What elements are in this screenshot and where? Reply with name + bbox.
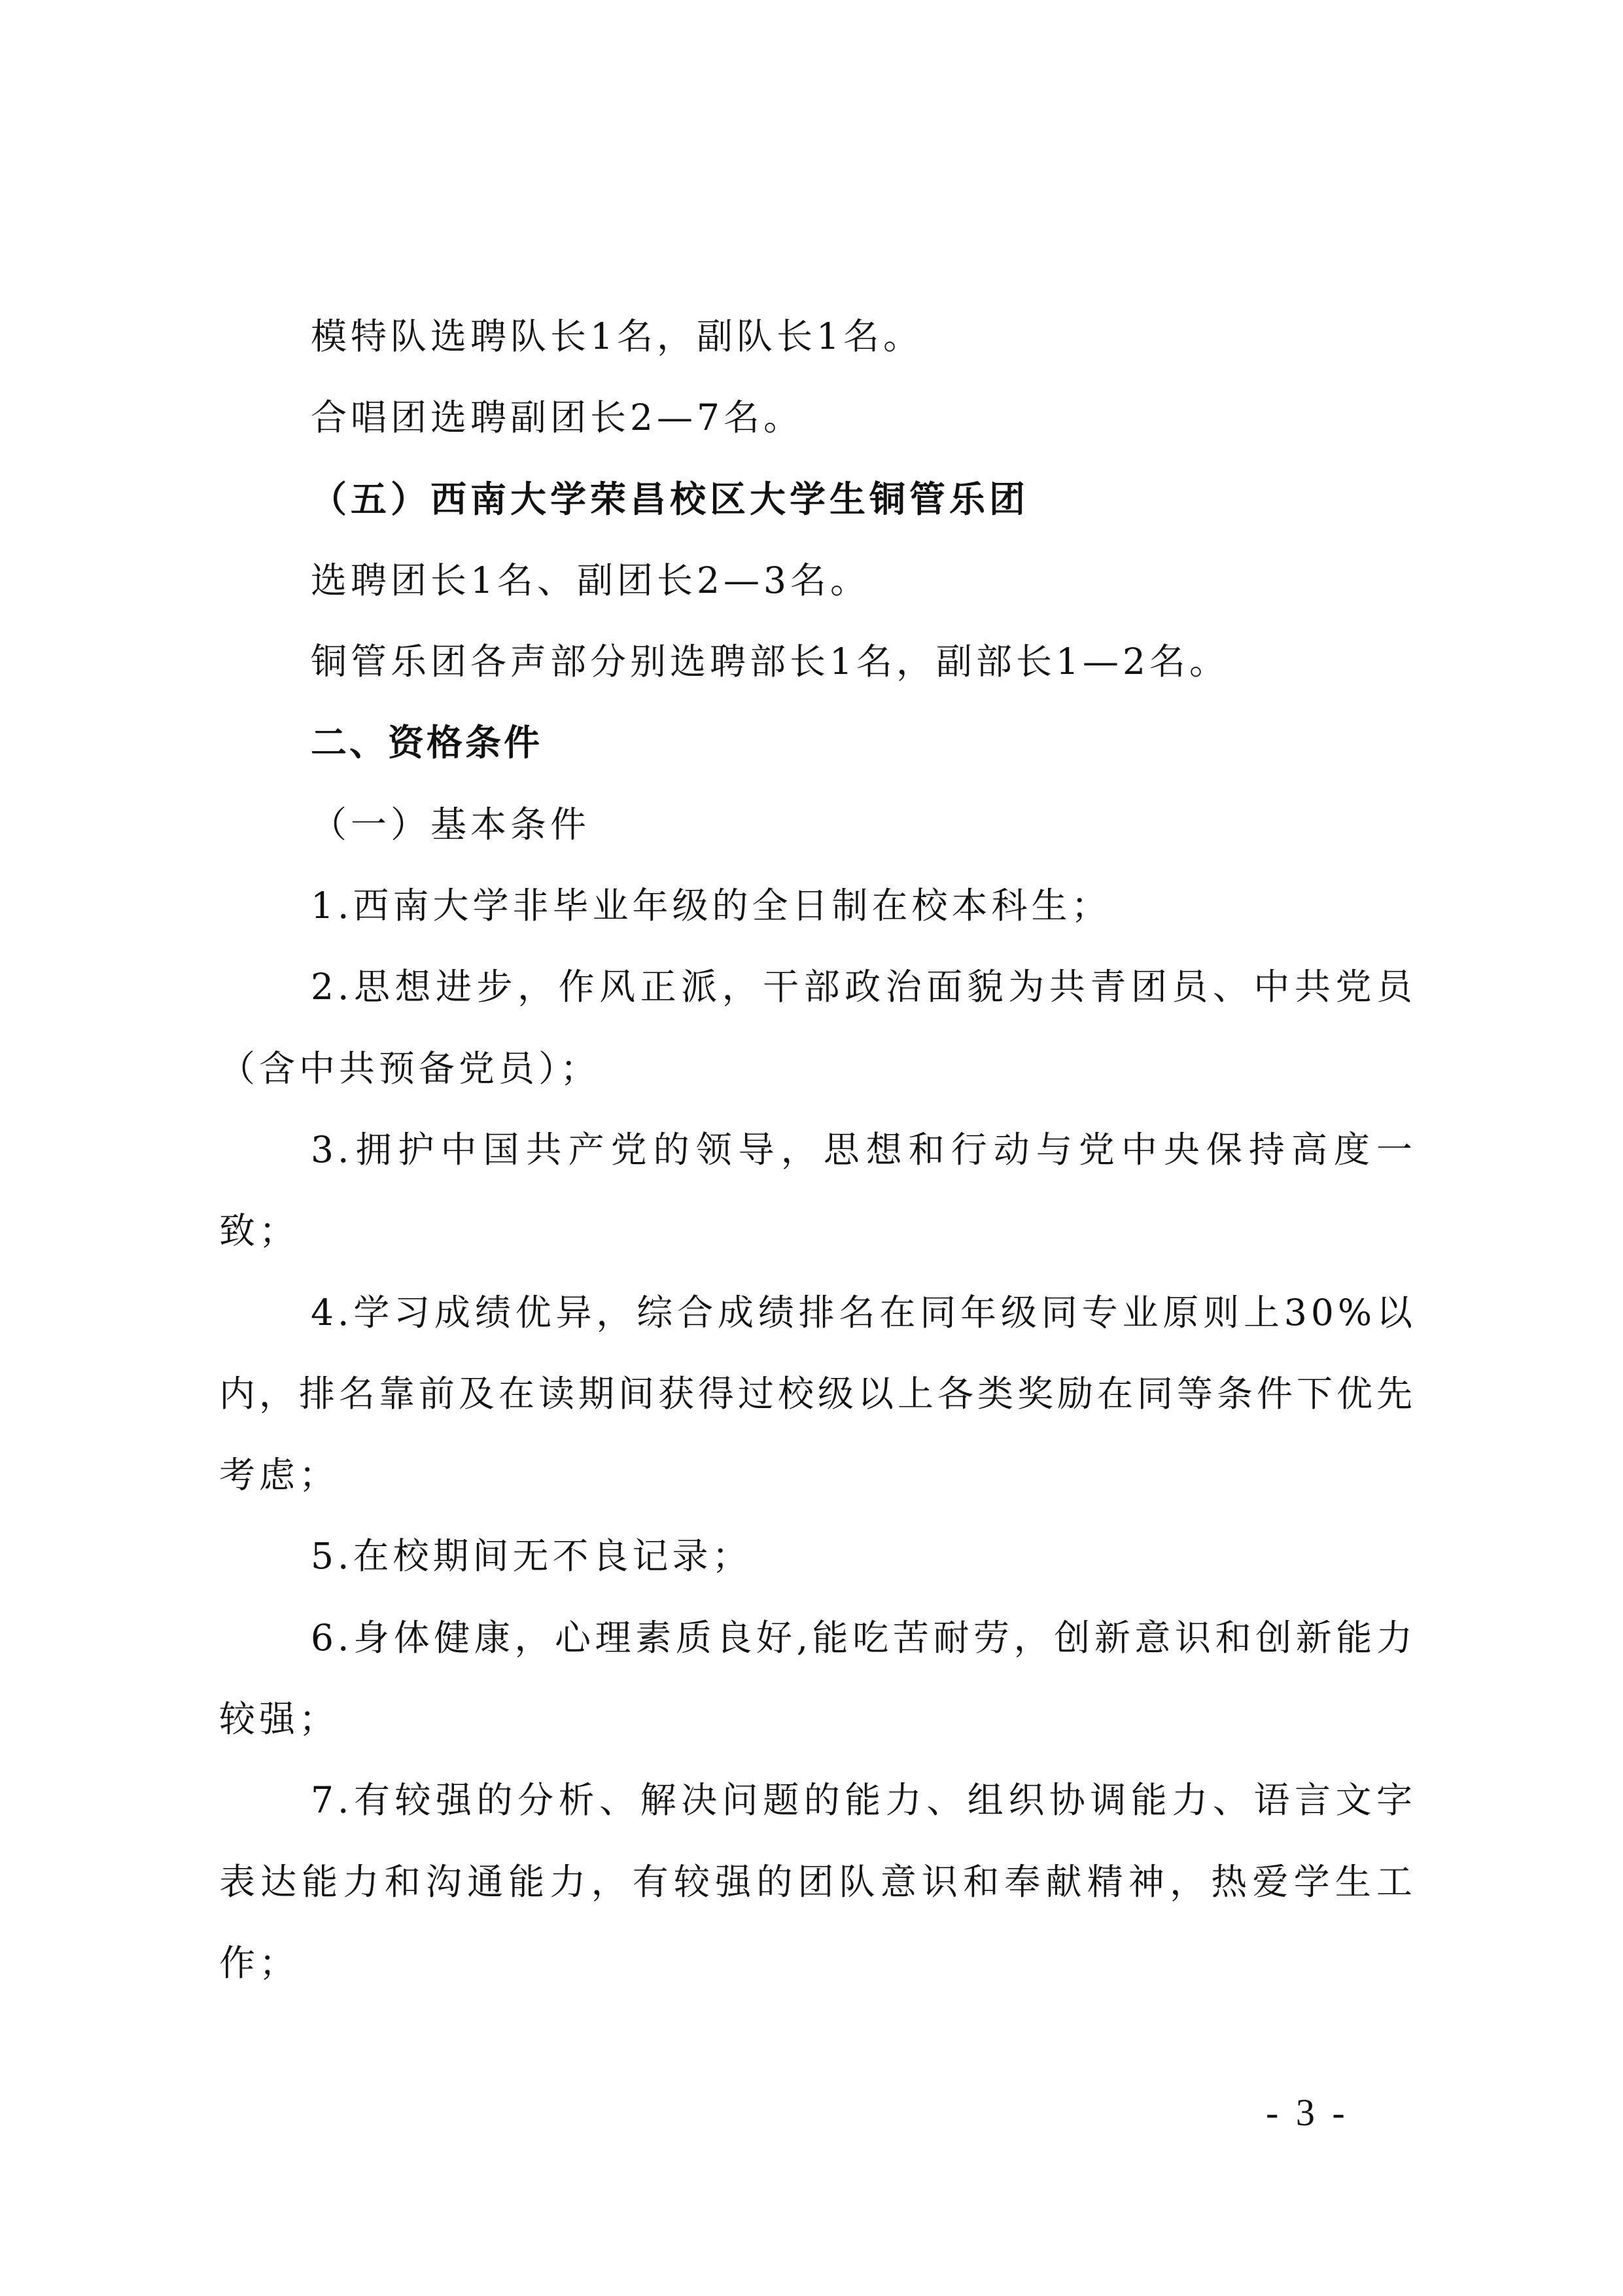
document-page: 模特队选聘队长1名，副队长1名。 合唱团选聘副团长2—7名。 （五）西南大学荣昌…: [0, 0, 1623, 2296]
condition-item-1: 1.西南大学非毕业年级的全日制在校本科生；: [219, 865, 1416, 946]
condition-item-7: 7.有较强的分析、解决问题的能力、组织协调能力、语言文字表达能力和沟通能力，有较…: [219, 1759, 1416, 2004]
condition-item-3: 3.拥护中国共产党的领导，思想和行动与党中央保持高度一致；: [219, 1109, 1416, 1272]
page-number: - 3 -: [1266, 2091, 1349, 2134]
document-body: 模特队选聘队长1名，副队长1名。 合唱团选聘副团长2—7名。 （五）西南大学荣昌…: [219, 296, 1416, 2004]
section-heading-qualifications: 二、资格条件: [219, 702, 1416, 783]
subheading-brass-band: （五）西南大学荣昌校区大学生铜管乐团: [219, 459, 1416, 540]
paragraph-brass-band-leaders: 选聘团长1名、副团长2—3名。: [219, 540, 1416, 621]
condition-item-2: 2.思想进步，作风正派，干部政治面貌为共青团员、中共党员（含中共预备党员）；: [219, 946, 1416, 1109]
paragraph-choir: 合唱团选聘副团长2—7名。: [219, 377, 1416, 458]
subheading-basic-conditions: （一）基本条件: [219, 784, 1416, 865]
paragraph-brass-band-sections: 铜管乐团各声部分别选聘部长1名，副部长1—2名。: [219, 621, 1416, 702]
condition-item-6: 6.身体健康，心理素质良好,能吃苦耐劳，创新意识和创新能力较强；: [219, 1597, 1416, 1760]
condition-item-4: 4.学习成绩优异，综合成绩排名在同年级同专业原则上30%以内，排名靠前及在读期间…: [219, 1272, 1416, 1516]
paragraph-model-team: 模特队选聘队长1名，副队长1名。: [219, 296, 1416, 377]
condition-item-5: 5.在校期间无不良记录；: [219, 1515, 1416, 1597]
